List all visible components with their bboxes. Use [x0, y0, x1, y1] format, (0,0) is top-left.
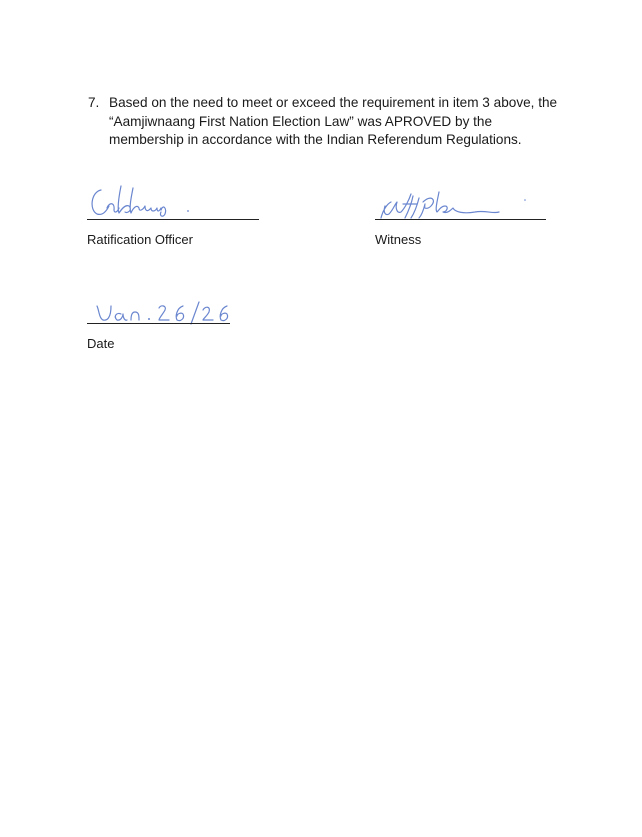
- date-label: Date: [87, 336, 230, 351]
- witness-signature: [375, 180, 546, 220]
- witness-signature-block: Witness: [375, 180, 546, 247]
- item-text: Based on the need to meet or exceed the …: [109, 94, 568, 150]
- date-signature-block: Date: [87, 284, 230, 351]
- witness-label: Witness: [375, 232, 546, 247]
- handwritten-date-icon: [87, 284, 230, 324]
- ratification-officer-signature-block: Ratification Officer: [87, 180, 259, 247]
- handwritten-date: [87, 284, 230, 324]
- numbered-item-7: 7. Based on the need to meet or exceed t…: [88, 94, 568, 150]
- signature-line: [87, 219, 259, 220]
- ratification-officer-label: Ratification Officer: [87, 232, 259, 247]
- ratification-officer-signature: [87, 180, 259, 220]
- handwritten-signature-icon: [87, 180, 259, 220]
- handwritten-signature-icon: [375, 180, 546, 220]
- signature-line: [87, 323, 230, 324]
- signature-line: [375, 219, 546, 220]
- item-number: 7.: [88, 94, 109, 150]
